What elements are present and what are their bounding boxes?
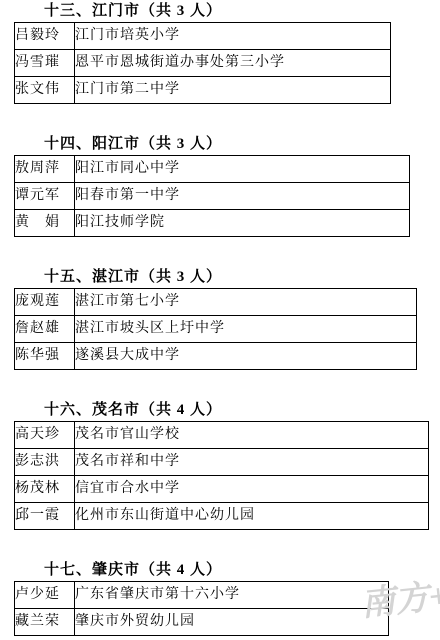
person-name-cell: 杨茂林 xyxy=(15,476,75,503)
person-name-cell: 詹赵雄 xyxy=(15,316,75,343)
school-name-cell: 广东省肇庆市第十六小学 xyxy=(75,582,389,609)
school-name-cell: 恩平市恩城街道办事处第三小学 xyxy=(75,50,391,77)
roster-row: 吕毅玲 江门市培英小学 xyxy=(15,23,391,50)
city-section-jiangmen: 十三、江门市（共 3 人） 吕毅玲 江门市培英小学 冯雪璀 恩平市恩城街道办事处… xyxy=(0,4,440,104)
person-name-cell: 谭元军 xyxy=(15,183,75,210)
roster-table: 敖周萍 阳江市同心中学 谭元军 阳春市第一中学 黄 娟 阳江技师学院 xyxy=(14,155,410,237)
roster-row: 谭元军 阳春市第一中学 xyxy=(15,183,410,210)
roster-row: 陈华强 遂溪县大成中学 xyxy=(15,343,417,370)
roster-sections: 十三、江门市（共 3 人） 吕毅玲 江门市培英小学 冯雪璀 恩平市恩城街道办事处… xyxy=(0,4,440,636)
roster-table-body: 高天珍 茂名市官山学校 彭志洪 茂名市祥和中学 杨茂林 信宜市合水中学 邱一霞 … xyxy=(15,422,429,530)
roster-table: 卢少延 广东省肇庆市第十六小学 藏兰荣 肇庆市外贸幼儿园 xyxy=(14,581,389,636)
person-name-cell: 陈华强 xyxy=(15,343,75,370)
roster-row: 敖周萍 阳江市同心中学 xyxy=(15,156,410,183)
city-section-maoming: 十六、茂名市（共 4 人） 高天珍 茂名市官山学校 彭志洪 茂名市祥和中学 杨茂… xyxy=(0,403,440,530)
roster-row: 邱一霞 化州市东山街道中心幼儿园 xyxy=(15,503,429,530)
section-heading: 十三、江门市（共 3 人） xyxy=(44,4,440,19)
roster-row: 黄 娟 阳江技师学院 xyxy=(15,210,410,237)
roster-row: 詹赵雄 湛江市坡头区上圩中学 xyxy=(15,316,417,343)
school-name-cell: 肇庆市外贸幼儿园 xyxy=(75,609,389,636)
school-name-cell: 遂溪县大成中学 xyxy=(75,343,417,370)
roster-row: 张文伟 江门市第二中学 xyxy=(15,77,391,104)
section-heading: 十七、肇庆市（共 4 人） xyxy=(44,563,440,578)
document-page: 十三、江门市（共 3 人） 吕毅玲 江门市培英小学 冯雪璀 恩平市恩城街道办事处… xyxy=(0,0,440,640)
school-name-cell: 化州市东山街道中心幼儿园 xyxy=(75,503,429,530)
school-name-cell: 江门市第二中学 xyxy=(75,77,391,104)
person-name-cell: 卢少延 xyxy=(15,582,75,609)
roster-table: 吕毅玲 江门市培英小学 冯雪璀 恩平市恩城街道办事处第三小学 张文伟 江门市第二… xyxy=(14,22,391,104)
roster-row: 庞观莲 湛江市第七小学 xyxy=(15,289,417,316)
roster-table-body: 吕毅玲 江门市培英小学 冯雪璀 恩平市恩城街道办事处第三小学 张文伟 江门市第二… xyxy=(15,23,391,104)
person-name-cell: 冯雪璀 xyxy=(15,50,75,77)
roster-row: 卢少延 广东省肇庆市第十六小学 xyxy=(15,582,389,609)
person-name-cell: 吕毅玲 xyxy=(15,23,75,50)
school-name-cell: 茂名市祥和中学 xyxy=(75,449,429,476)
roster-table-body: 敖周萍 阳江市同心中学 谭元军 阳春市第一中学 黄 娟 阳江技师学院 xyxy=(15,156,410,237)
school-name-cell: 江门市培英小学 xyxy=(75,23,391,50)
roster-row: 高天珍 茂名市官山学校 xyxy=(15,422,429,449)
section-heading: 十五、湛江市（共 3 人） xyxy=(44,270,440,285)
school-name-cell: 阳江市同心中学 xyxy=(75,156,410,183)
person-name-cell: 张文伟 xyxy=(15,77,75,104)
roster-row: 杨茂林 信宜市合水中学 xyxy=(15,476,429,503)
city-section-zhaoqing: 十七、肇庆市（共 4 人） 卢少延 广东省肇庆市第十六小学 藏兰荣 肇庆市外贸幼… xyxy=(0,563,440,636)
section-heading: 十四、阳江市（共 3 人） xyxy=(44,137,440,152)
roster-row: 彭志洪 茂名市祥和中学 xyxy=(15,449,429,476)
person-name-cell: 黄 娟 xyxy=(15,210,75,237)
school-name-cell: 阳春市第一中学 xyxy=(75,183,410,210)
person-name-cell: 彭志洪 xyxy=(15,449,75,476)
person-name-cell: 藏兰荣 xyxy=(15,609,75,636)
school-name-cell: 信宜市合水中学 xyxy=(75,476,429,503)
city-section-zhanjiang: 十五、湛江市（共 3 人） 庞观莲 湛江市第七小学 詹赵雄 湛江市坡头区上圩中学… xyxy=(0,270,440,370)
person-name-cell: 高天珍 xyxy=(15,422,75,449)
roster-table-body: 卢少延 广东省肇庆市第十六小学 藏兰荣 肇庆市外贸幼儿园 xyxy=(15,582,389,636)
person-name-cell: 庞观莲 xyxy=(15,289,75,316)
roster-row: 藏兰荣 肇庆市外贸幼儿园 xyxy=(15,609,389,636)
roster-table: 高天珍 茂名市官山学校 彭志洪 茂名市祥和中学 杨茂林 信宜市合水中学 邱一霞 … xyxy=(14,421,429,530)
city-section-yangjiang: 十四、阳江市（共 3 人） 敖周萍 阳江市同心中学 谭元军 阳春市第一中学 黄 … xyxy=(0,137,440,237)
person-name-cell: 敖周萍 xyxy=(15,156,75,183)
roster-table: 庞观莲 湛江市第七小学 詹赵雄 湛江市坡头区上圩中学 陈华强 遂溪县大成中学 xyxy=(14,288,417,370)
school-name-cell: 湛江市坡头区上圩中学 xyxy=(75,316,417,343)
school-name-cell: 阳江技师学院 xyxy=(75,210,410,237)
person-name-cell: 邱一霞 xyxy=(15,503,75,530)
school-name-cell: 湛江市第七小学 xyxy=(75,289,417,316)
roster-table-body: 庞观莲 湛江市第七小学 詹赵雄 湛江市坡头区上圩中学 陈华强 遂溪县大成中学 xyxy=(15,289,417,370)
roster-row: 冯雪璀 恩平市恩城街道办事处第三小学 xyxy=(15,50,391,77)
school-name-cell: 茂名市官山学校 xyxy=(75,422,429,449)
section-heading: 十六、茂名市（共 4 人） xyxy=(44,403,440,418)
